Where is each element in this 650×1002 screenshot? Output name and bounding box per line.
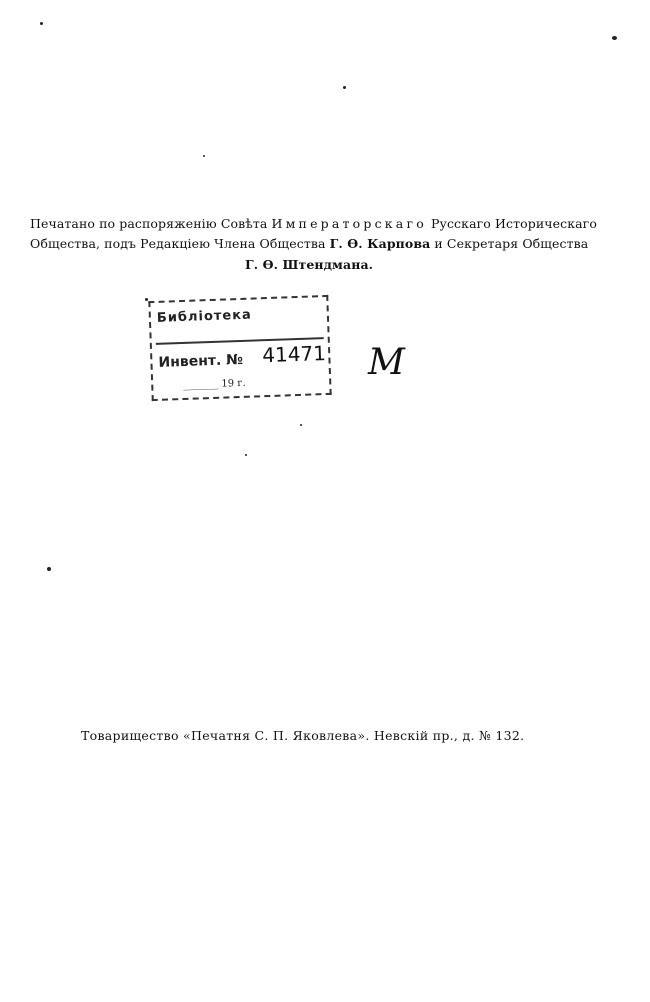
imprint-line-1: Печатано по распоряженію Совѣта Императо… [30, 216, 597, 231]
imprint-text: Русскаго Историческаго [427, 216, 597, 231]
imprint-line-2: Общества, подъ Редакціею Члена Общества … [30, 236, 588, 251]
imprint-text-spaced: Императорскаго [272, 216, 427, 231]
imprint-text: Печатано по распоряженію Совѣта [30, 216, 272, 231]
scan-speck [40, 22, 43, 25]
stamp-year-line: _______ 19 г. [183, 378, 246, 391]
scan-speck [145, 298, 148, 301]
scan-speck [245, 454, 247, 456]
imprint-text: Общества, подъ Редакціею Члена Общества [30, 236, 330, 251]
printer-colophon: Товарищество «Печатня С. П. Яковлева». Н… [81, 728, 524, 743]
scan-speck [343, 86, 346, 89]
stamp-header: Библіотека [157, 308, 252, 326]
editor-name: Г. Ѳ. Карпова [330, 236, 431, 251]
scan-speck [300, 424, 302, 426]
secretary-name: Г. Ѳ. Штендмана. [245, 257, 373, 272]
imprint-text: и Секретаря Общества [430, 236, 588, 251]
handwritten-initial: М [368, 342, 405, 383]
scan-speck [47, 567, 51, 571]
scan-speck [612, 36, 617, 40]
stamp-label: Инвент. № [158, 352, 243, 371]
inventory-number: 41471 [262, 341, 326, 367]
scan-speck [203, 155, 205, 157]
library-stamp: Библіотека Инвент. № 41471 _______ 19 г. [148, 295, 331, 401]
